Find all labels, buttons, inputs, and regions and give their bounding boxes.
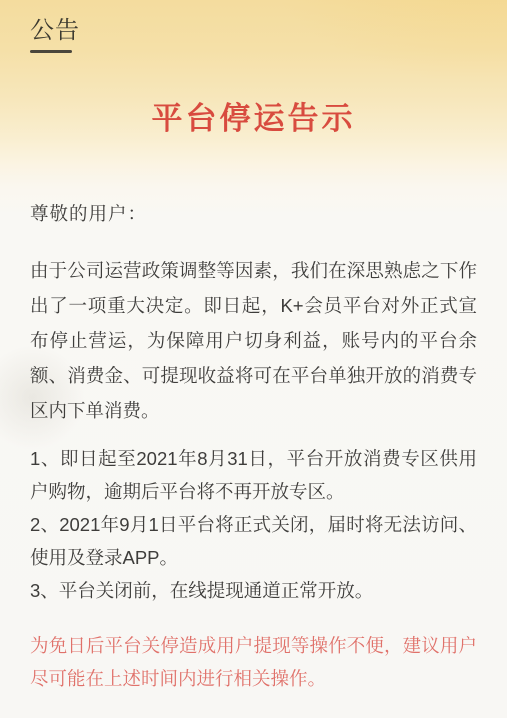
list-item-3: 3、平台关闭前，在线提现通道正常开放。 [30, 574, 477, 607]
notice-body: 尊敬的用户： 由于公司运营政策调整等因素，我们在深思熟虑之下作出了一项重大决定。… [0, 196, 507, 695]
announcement-header: 公告 [0, 0, 507, 53]
announcement-page: 公告 平台停运告示 尊敬的用户： 由于公司运营政策调整等因素，我们在深思熟虑之下… [0, 0, 507, 718]
notice-paragraph: 由于公司运营政策调整等因素，我们在深思熟虑之下作出了一项重大决定。即日起，K+会… [30, 253, 477, 428]
tab-announcement[interactable]: 公告 [30, 16, 80, 46]
list-item-2: 2、2021年9月1日平台将正式关闭，届时将无法访问、使用及登录APP。 [30, 508, 477, 574]
active-tab-underline [30, 50, 72, 53]
page-title: 平台停运告示 [0, 99, 507, 139]
notice-list: 1、即日起至2021年8月31日，平台开放消费专区供用户购物，逾期后平台将不再开… [30, 442, 477, 607]
salutation: 尊敬的用户： [30, 196, 477, 231]
warning-text: 为免日后平台关停造成用户提现等操作不便，建议用户尽可能在上述时间内进行相关操作。 [30, 629, 477, 695]
list-item-1: 1、即日起至2021年8月31日，平台开放消费专区供用户购物，逾期后平台将不再开… [30, 442, 477, 508]
